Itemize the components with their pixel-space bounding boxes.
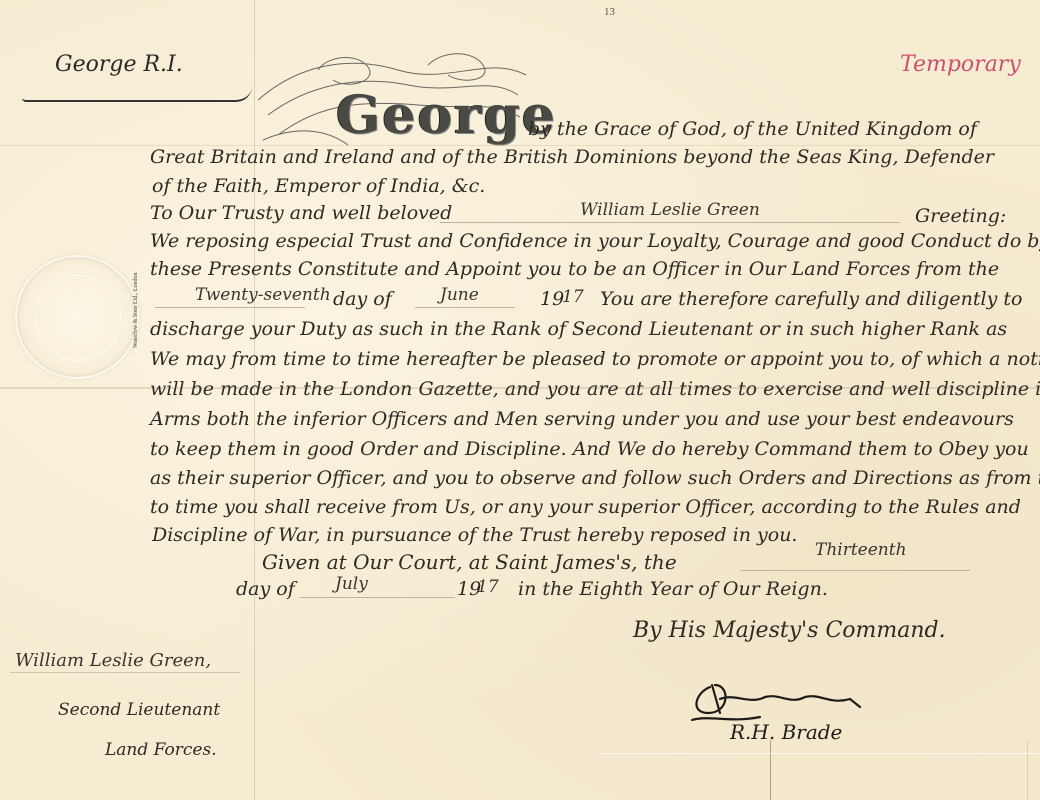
body-line: day of xyxy=(236,578,295,600)
recipient-name: William Leslie Green xyxy=(580,200,760,220)
body-line: of the Faith, Emperor of India, &c. xyxy=(152,175,485,197)
body-line: to time you shall receive from Us, or an… xyxy=(150,496,1021,518)
printer-imprint: Waterlow & Sons Ltd., London xyxy=(133,272,139,348)
body-line: We reposing especial Trust and Confidenc… xyxy=(150,230,1040,252)
fill-rule xyxy=(10,672,240,673)
officer-signature: William Leslie Green, xyxy=(15,650,211,671)
fill-rule xyxy=(415,307,515,308)
fold-line-vertical xyxy=(254,0,255,800)
body-line: To Our Trusty and well beloved xyxy=(150,202,452,224)
body-line: will be made in the London Gazette, and … xyxy=(150,378,1040,400)
officer-rank: Second Lieutenant xyxy=(58,700,220,720)
fold-line-vertical xyxy=(1027,740,1028,800)
fold-line-horizontal xyxy=(600,753,1040,754)
body-line: We may from time to time hereafter be pl… xyxy=(150,348,1040,370)
body-line: to keep them in good Order and Disciplin… xyxy=(150,438,1029,460)
commission-day: Twenty-seventh xyxy=(195,285,331,305)
fill-rule xyxy=(440,222,900,223)
body-line: 19 xyxy=(540,288,564,310)
body-line: day of xyxy=(333,288,392,310)
body-line: in the Eighth Year of Our Reign. xyxy=(518,578,828,600)
body-line: Discipline of War, in pursuance of the T… xyxy=(152,524,797,546)
body-line: Given at Our Court, at Saint James's, th… xyxy=(262,550,677,574)
body-line: as their superior Officer, and you to ob… xyxy=(150,467,1040,489)
given-month: July xyxy=(335,574,368,594)
fill-rule xyxy=(740,570,970,571)
royal-command: By His Majesty's Command. xyxy=(633,618,946,643)
commission-month: June xyxy=(440,285,479,305)
body-line: Great Britain and Ireland and of the Bri… xyxy=(150,146,994,168)
given-year: 17 xyxy=(477,577,499,597)
body-line: discharge your Duty as such in the Rank … xyxy=(150,318,1007,340)
page-number: 13 xyxy=(604,6,615,18)
given-day: Thirteenth xyxy=(815,540,907,560)
george-title: George xyxy=(336,85,557,146)
engraved-title: George xyxy=(258,45,528,160)
fill-rule xyxy=(300,597,455,598)
fill-rule xyxy=(155,307,305,308)
body-line: by the Grace of God, of the United Kingd… xyxy=(528,118,977,140)
temporary-stamp: Temporary xyxy=(900,52,1021,77)
commission-year: 17 xyxy=(562,287,584,307)
body-line: You are therefore carefully and diligent… xyxy=(600,288,1022,310)
signature-flourish xyxy=(22,86,252,102)
body-line: Arms both the inferior Officers and Men … xyxy=(150,408,1014,430)
royal-signature: George R.I. xyxy=(55,52,183,77)
body-line: these Presents Constitute and Appoint yo… xyxy=(150,258,999,280)
countersignature: R.H. Brade xyxy=(730,720,842,744)
embossed-seal-icon xyxy=(15,255,139,379)
body-line: Greeting: xyxy=(915,205,1006,227)
officer-branch: Land Forces. xyxy=(105,740,217,760)
